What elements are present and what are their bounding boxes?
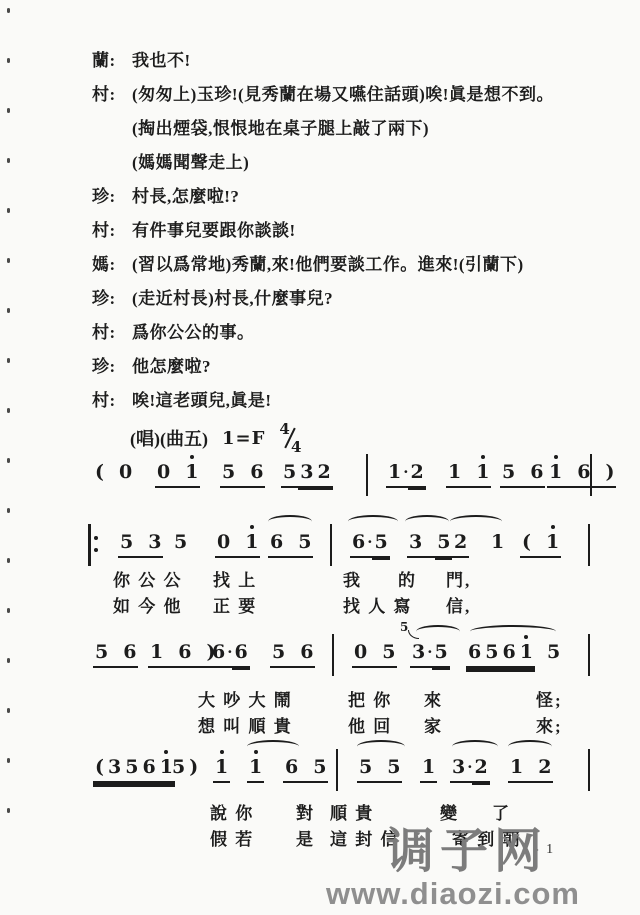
note-digit: ) [189,757,198,778]
note-cell: 6561 [466,642,535,668]
note-run: 1 [213,757,230,783]
note-digit: 1 [549,462,562,483]
note-digit: 5 [547,642,560,663]
note-digit: 3 [148,532,161,553]
dialog-section: 蘭:我也不!村:(匆匆上)玉珍!(見秀蘭在場又嚥住話頭)唉!眞是想不到。(掏出煙… [92,50,622,424]
note-run: 1 [489,532,506,556]
octave-dot [164,750,168,754]
note-digit: 5 [298,532,311,553]
barline [336,749,338,791]
margin-speck [7,708,10,713]
note-cell: 16) [547,462,616,488]
note-digit: 1 [249,757,262,778]
slur-arc [470,625,556,638]
note-cell: 56 [500,462,545,488]
note-cell: 6·5 [350,532,390,558]
dialog-line: 村:有件事兒要跟你談談! [92,220,622,242]
note-cell: 11 [446,462,491,488]
lyric-phrase: 的 [398,566,417,591]
note-run: (0 [93,462,134,486]
barline [588,524,590,566]
note-digit: 1 [510,757,523,778]
note-digit: 2 [410,462,423,483]
margin-speck [7,558,10,563]
note-run: 56 [500,462,545,488]
note-run: 3·2 [450,757,490,783]
note-cell: 6·6 [210,642,250,668]
note-run: 6561 [466,642,535,668]
note-cell: (0 [93,462,134,486]
margin-speck [7,758,10,763]
dot-of-prolongation: · [467,757,472,778]
dialog-text: (走近村長)村長,什麼事兒? [132,288,622,310]
note-digit: 1 [422,757,435,778]
note-digit: 6 [234,642,247,663]
note-digit: 5 [359,757,372,778]
lyric-phrase: 我 [343,566,362,591]
note-cell: (3561 [93,757,175,783]
note-digit: 2 [474,757,487,778]
note-run: 1 [247,757,264,783]
note-cell: 5 [545,642,562,666]
dialog-line: 村:(匆匆上)玉珍!(見秀蘭在場又嚥住話頭)唉!眞是想不到。 [92,84,622,106]
note-run: 56 [220,462,265,488]
octave-dot [190,455,194,459]
note-cell: 55 [357,757,402,783]
note-digit: 6 [577,462,590,483]
lyric-phrase: 正 要 [213,592,257,617]
slur-arc [348,515,398,528]
lyric-phrase: 這 封 信 [330,825,400,850]
note-digit: ) [605,462,614,483]
speaker-label [92,118,132,140]
note-digit: 1 [546,532,559,553]
margin-speck [7,308,10,313]
note-run: 56 [93,642,138,668]
note-digit: 0 [354,642,367,663]
dialog-line: (媽媽聞聲走上) [92,152,622,174]
lyric-phrase: 如 今 他 [113,592,183,617]
lyric-phrase: 把 你 [348,686,392,711]
note-run: (3561 [93,757,175,783]
note-digit: 1 [245,532,258,553]
note-run: 5 [545,642,562,666]
dialog-line: 珍:村長,怎麼啦!? [92,186,622,208]
speaker-label: 蘭: [92,50,132,72]
note-run: 55 [357,757,402,783]
dialog-line: 蘭:我也不! [92,50,622,72]
note-cell: 1 [247,757,264,783]
slur-arc [247,740,299,753]
margin-speck [7,258,10,263]
note-run: 6·6 [210,642,250,668]
time-signature-numerator: 4 [279,420,289,438]
note-cell: (1 [520,532,561,558]
note-run: 1·2 [386,462,426,488]
note-digit: 6 [270,532,283,553]
slur-arc [452,740,498,753]
note-run: 5) [170,757,200,781]
margin-speck [7,58,10,63]
note-digit: 1 [388,462,401,483]
octave-dot [551,525,555,529]
speaker-label: 媽: [92,254,132,276]
note-cell: 56 [93,642,138,668]
barline [366,454,368,496]
dialog-line: (掏出煙袋,恨恨地在桌子腿上敲了兩下) [92,118,622,140]
note-digit: 5 [172,757,185,778]
note-run: 35 [407,532,452,558]
time-signature-denominator: 4 [291,438,301,456]
page-number: - 1 [534,842,555,858]
note-digit: 2 [538,757,551,778]
note-run: 532 [281,462,333,488]
note-digit: 5 [120,532,133,553]
note-digit: ) [206,642,215,663]
note-digit: 0 [217,532,230,553]
speaker-label: 村: [92,84,132,106]
note-run: 56 [270,642,315,668]
note-digit: 5 [125,757,138,778]
speaker-label: 村: [92,390,132,412]
octave-dot [554,455,558,459]
lyric-phrase: 大 吵 大 鬧 [198,686,293,711]
note-digit: 5 [502,462,515,483]
octave-dot [250,525,254,529]
lyric-phrase: 家 [424,712,443,737]
scanned-score-page: 蘭:我也不!村:(匆匆上)玉珍!(見秀蘭在場又嚥住話頭)唉!眞是想不到。(掏出煙… [0,0,640,915]
note-run: 16) [547,462,616,488]
lyric-phrase: 假 若 [210,825,254,850]
dot-of-prolongation: · [227,642,232,663]
song-header: (唱)(曲五) 1=F 4 4 [130,424,301,452]
note-cell: 1 [420,757,437,783]
lyric-phrase: 信, [446,592,471,617]
note-digit: 5 [382,642,395,663]
note-digit: 1 [185,462,198,483]
note-digit: 1 [520,642,533,663]
note-digit: 0 [119,462,132,483]
note-cell: 3·5 [410,642,450,668]
note-cell: 1·2 [386,462,426,488]
slur-arc [508,740,552,753]
lyric-phrase: 是 [296,825,315,850]
note-cell: 16) [148,642,217,668]
barline [330,524,332,566]
speaker-label: 珍: [92,356,132,378]
dialog-text: 他怎麼啦? [132,356,622,378]
song-cue-label: (唱)(曲五) [130,425,208,451]
note-run: 6·5 [350,532,390,558]
lyric-phrase: 來 [424,686,443,711]
dialog-text: 有件事兒要跟你談談! [132,220,622,242]
note-cell: 65 [283,757,328,783]
note-run: 53 [118,532,163,558]
note-digit: 6 [142,757,155,778]
note-run: 1 [420,757,437,783]
note-digit: 1 [150,642,163,663]
note-digit: 3 [108,757,121,778]
note-digit: 3 [409,532,422,553]
note-digit: ( [95,462,104,483]
barline [588,634,590,676]
note-cell: 5 [172,532,189,556]
note-digit: 0 [157,462,170,483]
octave-dot [254,750,258,754]
note-digit: 5 [272,642,285,663]
key-signature: 1=F [222,428,265,449]
note-cell: 56 [220,462,265,488]
lyric-phrase: 想 叫 順 貴 [198,712,293,737]
note-cell: 3·2 [450,757,490,783]
margin-speck [7,658,10,663]
note-digit: 2 [454,532,467,553]
margin-speck [7,608,10,613]
note-cell: 01 [155,462,200,488]
note-digit: ( [95,757,104,778]
note-run: 12 [508,757,553,783]
octave-dot [524,635,528,639]
lyric-phrase: 對 [296,799,315,824]
watermark-site-name: 调子网 [386,826,548,879]
note-run: 11 [446,462,491,488]
note-digit: 1 [160,757,173,778]
note-run: (1 [520,532,561,558]
watermark-site-url: www.diaozi.com [326,876,580,912]
repeat-sign [88,524,98,566]
dot-of-prolongation: · [403,462,408,483]
dialog-text: 唉!這老頭兒,眞是! [132,390,622,412]
lyric-phrase: 說 你 [210,799,254,824]
note-run: 05 [352,642,397,668]
barline [590,454,592,496]
note-digit: 6 [250,462,263,483]
note-digit: 5 [387,757,400,778]
dialog-line: 珍:他怎麼啦? [92,356,622,378]
dialog-text: 爲你公公的事。 [132,322,622,344]
note-cell: 01 [215,532,260,558]
dialog-text: 我也不! [132,50,622,72]
margin-speck [7,408,10,413]
lyric-phrase: 找 人 寫 [343,592,413,617]
time-signature: 4 4 [279,424,301,452]
dialog-line: 村:唉!這老頭兒,眞是! [92,390,622,412]
note-digit: 5 [283,462,296,483]
note-digit: 1 [448,462,461,483]
note-digit: 2 [317,462,330,483]
dot-of-prolongation: · [427,642,432,663]
note-digit: 6 [502,642,515,663]
lyric-phrase: 你 公 公 [113,566,183,591]
note-digit: 5 [485,642,498,663]
speaker-label: 珍: [92,186,132,208]
dialog-line: 媽:(習以爲常地)秀蘭,來!他們要談工作。進來!(引蘭下) [92,254,622,276]
note-run: 3·5 [410,642,450,668]
note-digit: 1 [476,462,489,483]
note-digit: 6 [468,642,481,663]
dialog-text: 村長,怎麼啦!? [132,186,622,208]
slur-arc [268,515,312,528]
note-digit: 5 [437,532,450,553]
note-digit: 5 [434,642,447,663]
dialog-line: 村:爲你公公的事。 [92,322,622,344]
note-cell: 12 [508,757,553,783]
note-digit: 3 [412,642,425,663]
slur-arc [416,625,460,638]
margin-speck [7,208,10,213]
lyric-phrase: 怪; [536,686,563,711]
margin-speck [7,508,10,513]
note-run: 65 [283,757,328,783]
lyric-phrase: 門, [446,566,471,591]
note-run: 2 [452,532,469,558]
note-cell: 2 [452,532,469,558]
slur-arc [357,740,405,753]
note-cell: 35 [407,532,452,558]
octave-dot [481,455,485,459]
note-cell: 1 [213,757,230,783]
note-digit: 3 [300,462,313,483]
dot-of-prolongation: · [367,532,372,553]
lyric-phrase: 他 回 [348,712,392,737]
note-digit: 6 [300,642,313,663]
note-digit: 5 [313,757,326,778]
note-cell: 5) [170,757,200,781]
note-digit: 6 [212,642,225,663]
margin-speck [7,8,10,13]
margin-speck [7,458,10,463]
speaker-label: 村: [92,220,132,242]
note-digit: 5 [222,462,235,483]
dialog-text: (匆匆上)玉珍!(見秀蘭在場又嚥住話頭)唉!眞是想不到。 [132,84,622,106]
note-digit: 1 [491,532,504,553]
octave-dot [220,750,224,754]
note-run: 01 [215,532,260,558]
dialog-line: 珍:(走近村長)村長,什麼事兒? [92,288,622,310]
lyric-phrase: 來; [536,712,563,737]
note-run: 65 [268,532,313,558]
speaker-label: 村: [92,322,132,344]
note-digit: 3 [452,757,465,778]
margin-speck [7,158,10,163]
lyric-phrase: 變 [440,799,459,824]
note-digit: 6 [530,462,543,483]
note-digit: 6 [352,532,365,553]
note-digit: 5 [95,642,108,663]
note-cell: 65 [268,532,313,558]
note-run: 01 [155,462,200,488]
note-cell: 1 [489,532,506,556]
note-cell: 53 [118,532,163,558]
lyric-phrase: 找 上 [213,566,257,591]
note-run: 5 [172,532,189,556]
note-digit: 6 [178,642,191,663]
dialog-text: (習以爲常地)秀蘭,來!他們要談工作。進來!(引蘭下) [132,254,622,276]
note-digit: 5 [374,532,387,553]
note-run: 16) [148,642,217,668]
slur-arc [405,515,449,528]
note-cell: 56 [270,642,315,668]
margin-speck [7,808,10,813]
note-cell: 532 [281,462,333,488]
note-cell: 05 [352,642,397,668]
lyric-phrase: 寄 到 朝 [452,825,522,850]
margin-speck [7,358,10,363]
slur-arc [450,515,502,528]
barline [588,749,590,791]
note-digit: 6 [123,642,136,663]
note-digit: 5 [174,532,187,553]
lyric-phrase: 順 貴 [330,799,374,824]
note-digit: ( [522,532,531,553]
note-digit: 6 [285,757,298,778]
margin-speck [7,108,10,113]
note-digit: 1 [215,757,228,778]
speaker-label [92,152,132,174]
barline [332,634,334,676]
speaker-label: 珍: [92,288,132,310]
lyric-phrase: 了 [492,799,511,824]
dialog-text: (媽媽聞聲走上) [132,152,622,174]
dialog-text: (掏出煙袋,恨恨地在桌子腿上敲了兩下) [132,118,622,140]
grace-note: 5 [400,620,408,634]
